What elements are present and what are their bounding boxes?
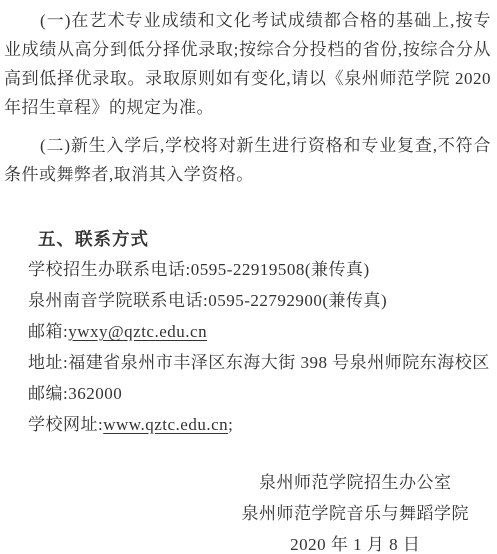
contact-row-nanyin-phone: 泉州南音学院联系电话:0595-22792900(兼传真) — [28, 285, 491, 316]
contact-list: 学校招生办联系电话:0595-22919508(兼传真) 泉州南音学院联系电话:… — [4, 254, 491, 440]
contact-suffix: ; — [228, 415, 233, 434]
contact-row-email: 邮箱:ywxy@qztc.edu.cn — [28, 316, 491, 347]
contact-label: 学校网址: — [28, 415, 103, 434]
contact-label: 泉州南音学院联系电话: — [28, 291, 208, 310]
contact-label: 地址: — [28, 353, 68, 372]
contact-row-postcode: 邮编:362000 — [28, 378, 491, 409]
contact-label: 邮编: — [28, 384, 68, 403]
contact-value: 362000 — [68, 384, 122, 403]
contact-value: 0595-22919508(兼传真) — [191, 260, 370, 279]
signature-college-line: 泉州师范学院音乐与舞蹈学院 — [242, 498, 470, 529]
signature-block: 泉州师范学院招生办公室 泉州师范学院音乐与舞蹈学院 2020 年 1 月 8 日 — [242, 467, 470, 554]
contact-row-address: 地址:福建省泉州市丰泽区东海大街 398 号泉州师院东海校区 — [28, 347, 491, 378]
document-page: (一)在艺术专业成绩和文化考试成绩都合格的基础上,按专业成绩从高分到低分择优录取… — [0, 0, 497, 554]
contact-value: 福建省泉州市丰泽区东海大街 398 号泉州师院东海校区 — [68, 353, 490, 372]
paragraph-admission-rule: (一)在艺术专业成绩和文化考试成绩都合格的基础上,按专业成绩从高分到低分择优录取… — [4, 6, 491, 122]
signature-office-line: 泉州师范学院招生办公室 — [242, 467, 470, 498]
website-link[interactable]: www.qztc.edu.cn — [103, 415, 228, 434]
contact-label: 学校招生办联系电话: — [28, 260, 191, 279]
contact-row-school-phone: 学校招生办联系电话:0595-22919508(兼传真) — [28, 254, 491, 285]
paragraph-recheck-rule: (二)新生入学后,学校将对新生进行资格和专业复查,不符合条件或舞弊者,取消其入学… — [4, 131, 491, 189]
contact-label: 邮箱: — [28, 322, 68, 341]
contact-value: 0595-22792900(兼传真) — [208, 291, 387, 310]
signature-date: 2020 年 1 月 8 日 — [242, 529, 470, 554]
section-heading-contact: 五、联系方式 — [4, 225, 491, 254]
contact-row-website: 学校网址:www.qztc.edu.cn; — [28, 409, 491, 440]
email-link[interactable]: ywxy@qztc.edu.cn — [68, 322, 207, 341]
